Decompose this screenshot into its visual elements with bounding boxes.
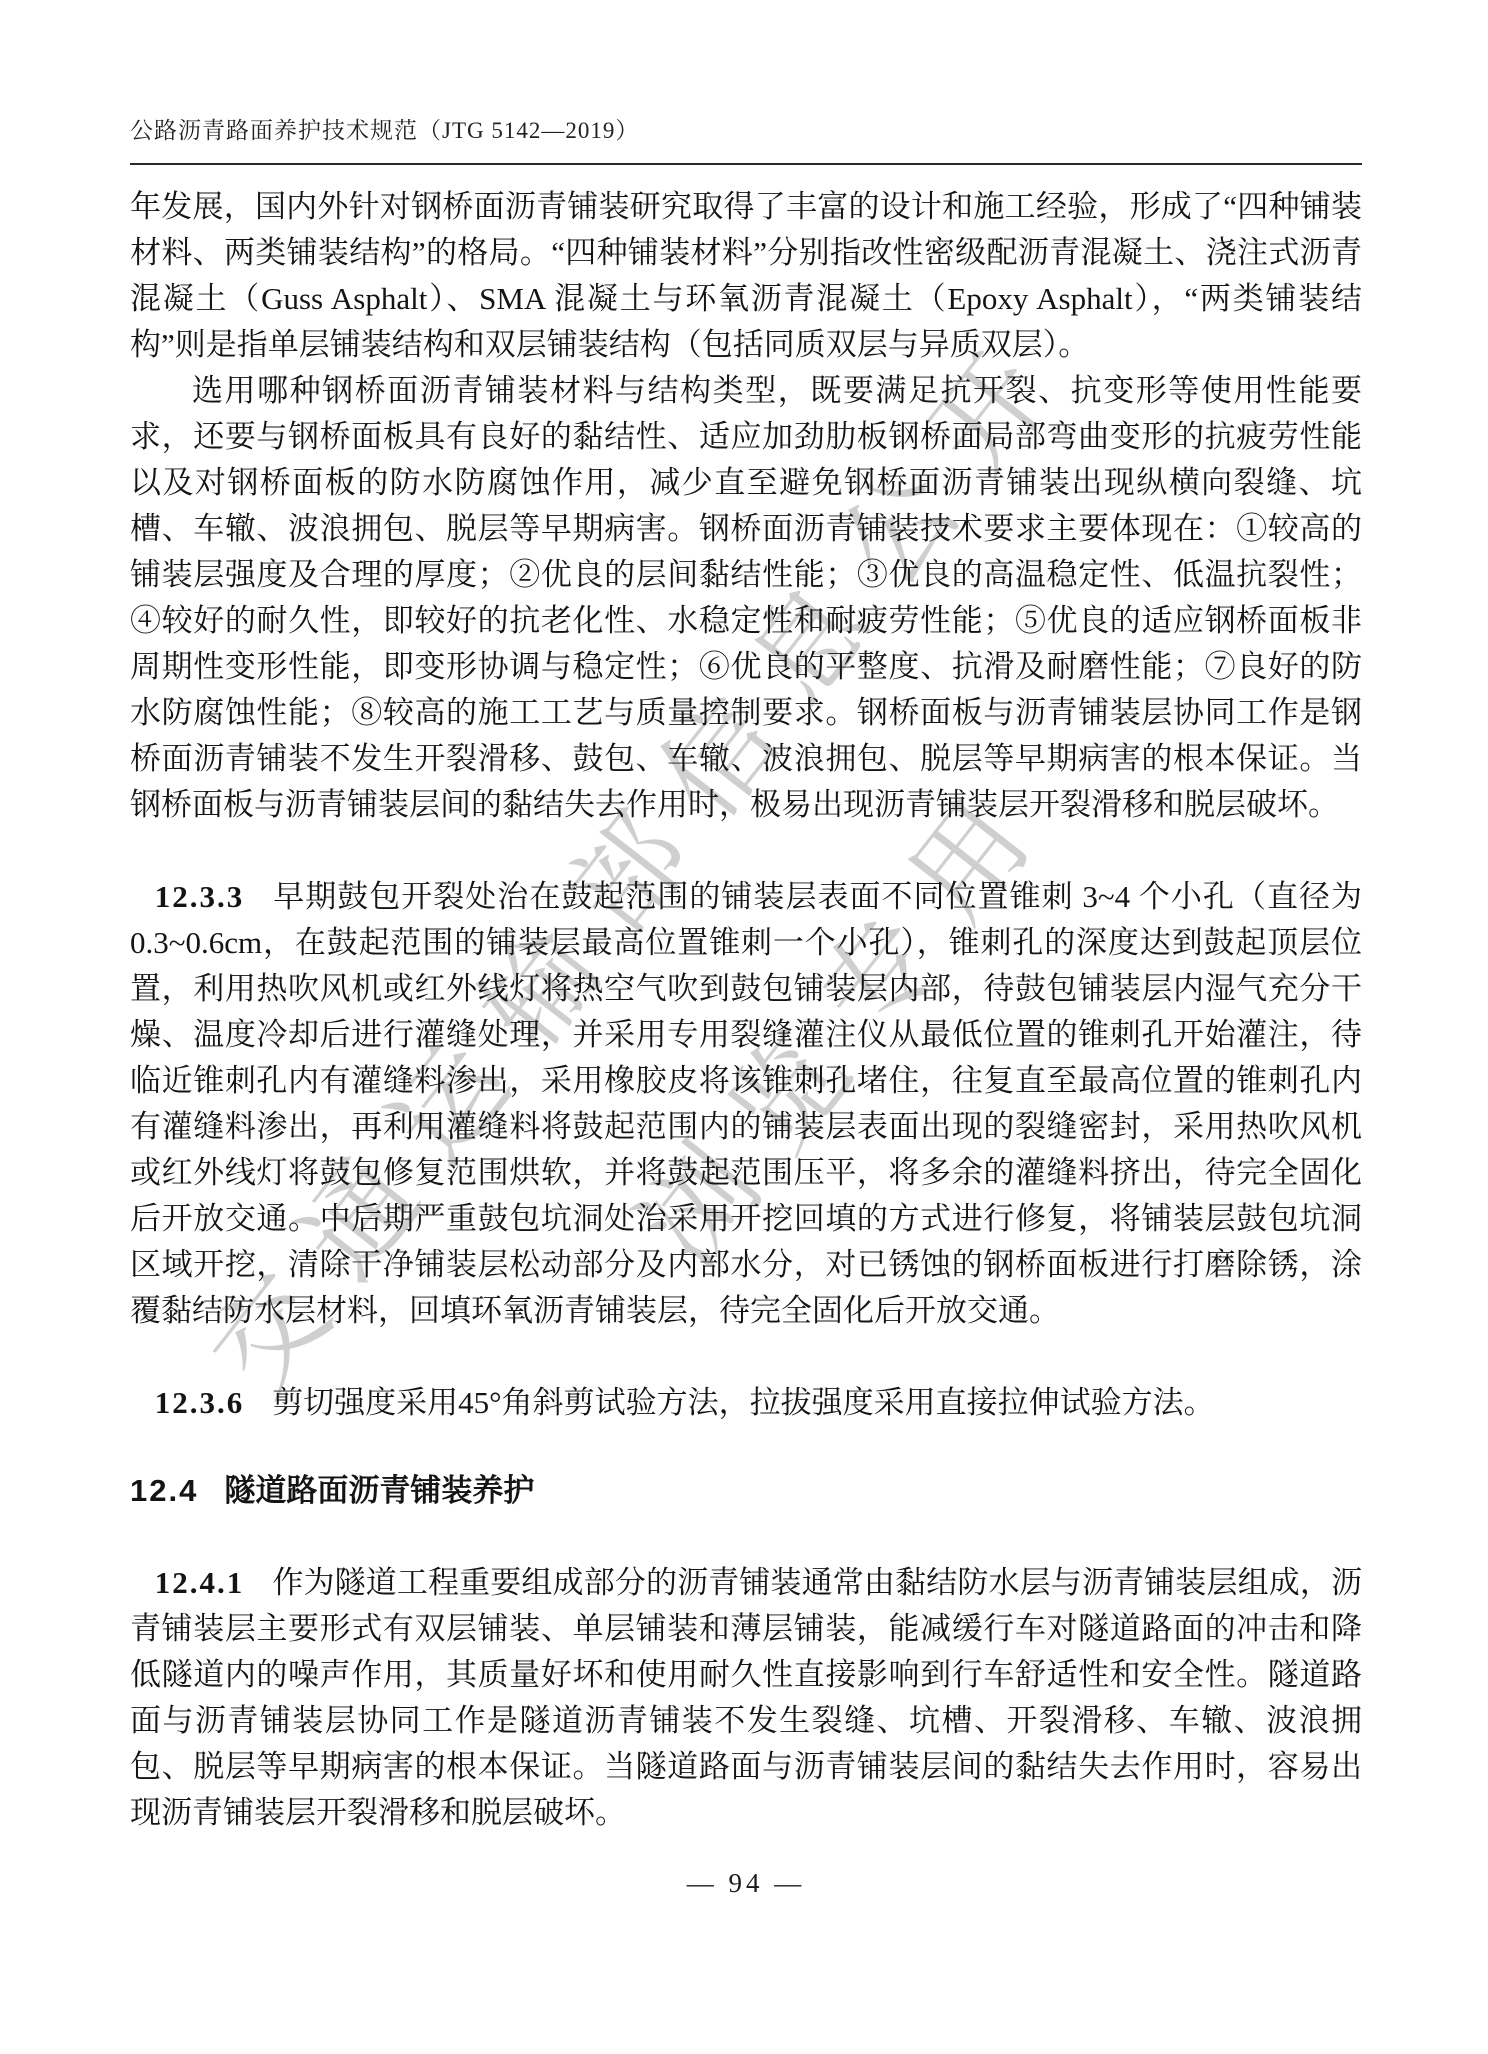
paragraph-selection: 选用哪种钢桥面沥青铺装材料与结构类型，既要满足抗开裂、抗变形等使用性能要求，还要… xyxy=(130,368,1362,828)
section-12-3-6: 12.3.6剪切强度采用45°角斜剪试验方法，拉拔强度采用直接拉伸试验方法。 xyxy=(130,1380,1362,1426)
heading-title-12-4: 隧道路面沥青铺装养护 xyxy=(224,1473,534,1508)
section-heading-12-4: 12.4隧道路面沥青铺装养护 xyxy=(130,1468,1362,1514)
heading-number-12-4: 12.4 xyxy=(130,1473,198,1508)
section-text-12-4-1: 作为隧道工程重要组成部分的沥青铺装通常由黏结防水层与沥青铺装层组成，沥青铺装层主… xyxy=(130,1565,1362,1830)
section-number-12-3-6: 12.3.6 xyxy=(155,1385,245,1420)
page-body: 年发展，国内外针对钢桥面沥青铺装研究取得了丰富的设计和施工经验，形成了“四种铺装… xyxy=(130,184,1362,1836)
running-header: 公路沥青路面养护技术规范（JTG 5142—2019） xyxy=(130,112,1362,145)
section-number-12-4-1: 12.4.1 xyxy=(155,1565,245,1600)
header-rule xyxy=(130,163,1362,165)
document-page: 公路沥青路面养护技术规范（JTG 5142—2019） 交通运输部信息公开 浏览… xyxy=(0,0,1488,2054)
section-text-12-3-6: 剪切强度采用45°角斜剪试验方法，拉拔强度采用直接拉伸试验方法。 xyxy=(272,1385,1214,1420)
section-text-12-3-3: 早期鼓包开裂处治在鼓起范围的铺装层表面不同位置锥刺 3~4 个小孔（直径为 0.… xyxy=(130,879,1362,1328)
section-12-3-3: 12.3.3早期鼓包开裂处治在鼓起范围的铺装层表面不同位置锥刺 3~4 个小孔（… xyxy=(130,874,1362,1334)
page-number: — 94 — xyxy=(130,1868,1362,1899)
paragraph-continuation: 年发展，国内外针对钢桥面沥青铺装研究取得了丰富的设计和施工经验，形成了“四种铺装… xyxy=(130,184,1362,368)
section-number-12-3-3: 12.3.3 xyxy=(155,879,245,914)
section-12-4-1: 12.4.1作为隧道工程重要组成部分的沥青铺装通常由黏结防水层与沥青铺装层组成，… xyxy=(130,1560,1362,1836)
